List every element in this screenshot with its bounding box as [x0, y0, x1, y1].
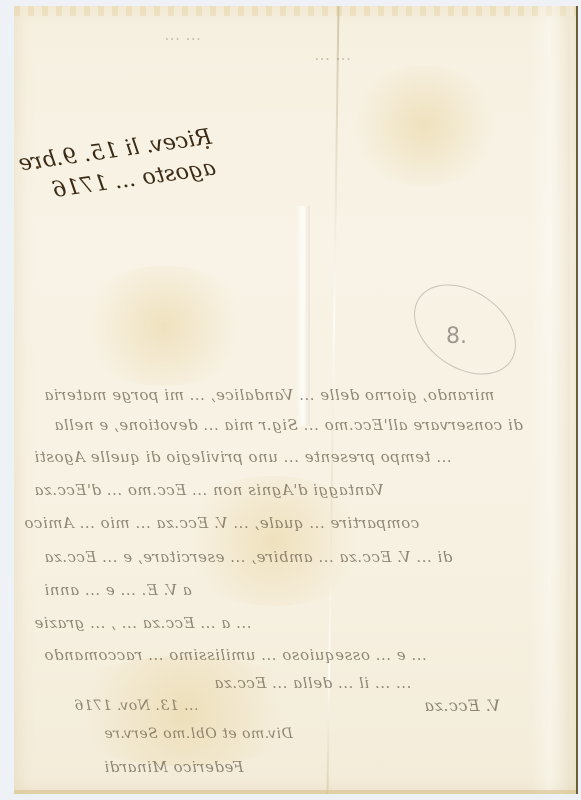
- body-line: di conservare all'Ecc.mo ... Sig.r mia .…: [54, 416, 523, 434]
- manuscript-page: ... ... ... ... Ricev. li 15. 9.bre agos…: [14, 6, 578, 794]
- closing-formula: Div.mo et Obl.mo Serv.re: [104, 726, 293, 742]
- foxing-stain: [344, 66, 504, 186]
- faint-header-line: ... ...: [314, 46, 351, 64]
- ink-blot: [206, 146, 209, 149]
- foxing-stain: [74, 266, 254, 386]
- body-line: Vantaggi d'Agnis non ... Ecc.mo ... d'Ec…: [34, 481, 384, 499]
- body-line: mirando, giorno delle ... Vandalice, ...…: [44, 386, 494, 404]
- body-line: ... a ... Ecc.za ... , ... grazie: [34, 614, 251, 632]
- body-line: ... ... il ... della ... Ecc.za: [214, 674, 411, 692]
- body-line: di ... V. Ecc.za ... ambire, ... esercit…: [44, 548, 452, 566]
- body-line: ... e ... ossequioso ... umilissimo ... …: [44, 646, 427, 664]
- faint-header-line: ... ...: [164, 26, 201, 44]
- body-line: compartire ... quale, ... V. Ecc.za ... …: [24, 514, 419, 532]
- body-line: ... tempo presente ... uno privilegio di…: [34, 448, 452, 466]
- receipt-annotation: Ricev. li 15. 9.bre agosto ... 1716: [17, 125, 217, 208]
- ink-blot: [36, 166, 39, 169]
- pencil-folio-number: 8.: [446, 324, 467, 349]
- closing-salutation: V. Ecc.za: [424, 696, 500, 715]
- signature: Federico Minardi: [104, 758, 243, 776]
- body-line: a V. E. ... e ... anni: [44, 581, 192, 599]
- deckle-edge: [530, 6, 570, 794]
- place-date: ... 13. Nov. 1716: [74, 698, 198, 714]
